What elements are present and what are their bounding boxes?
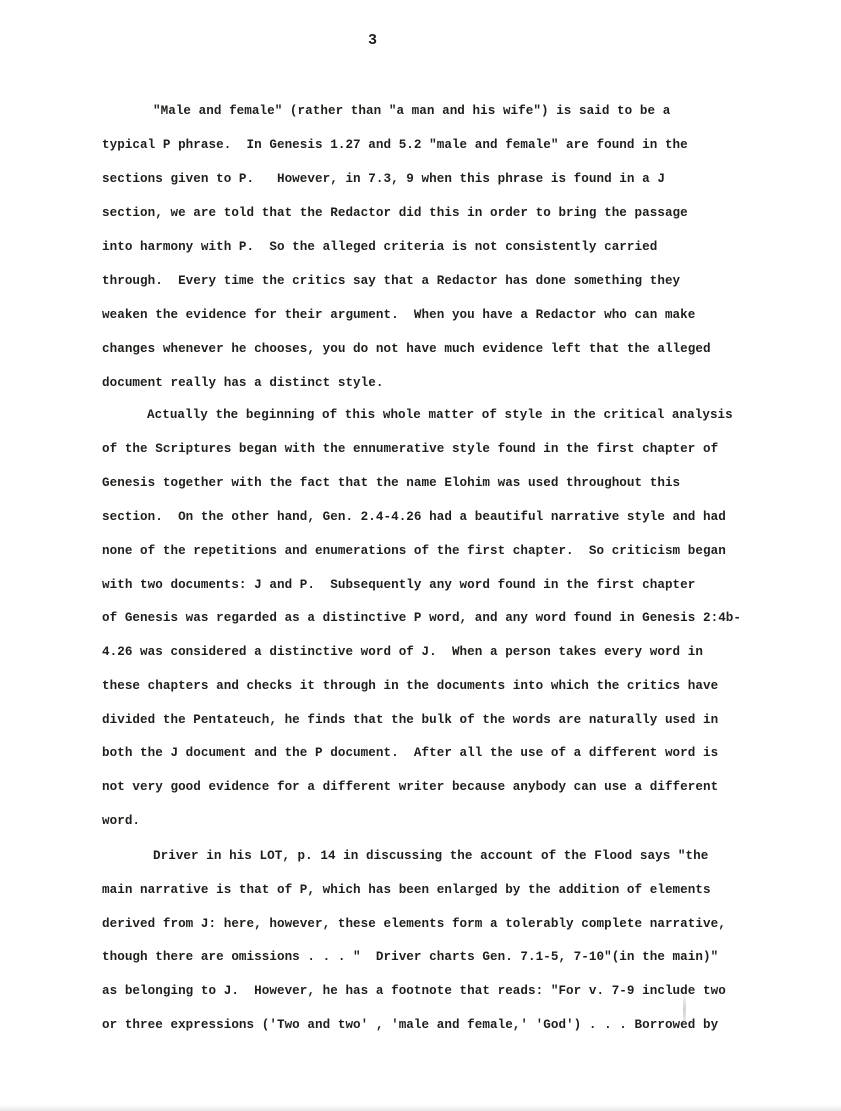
text-line: divided the Pentateuch, he finds that th… bbox=[102, 712, 718, 728]
text-line: of Genesis was regarded as a distinctive… bbox=[102, 610, 741, 626]
text-line: section. On the other hand, Gen. 2.4-4.2… bbox=[102, 509, 726, 525]
text-line: 4.26 was considered a distinctive word o… bbox=[102, 644, 703, 660]
text-line: not very good evidence for a different w… bbox=[102, 779, 718, 795]
scan-edge bbox=[0, 1105, 841, 1111]
typewritten-page: 3 "Male and female" (rather than "a man … bbox=[0, 0, 841, 1111]
text-line: derived from J: here, however, these ele… bbox=[102, 916, 726, 932]
text-line: into harmony with P. So the alleged crit… bbox=[102, 239, 657, 255]
text-line: "Male and female" (rather than "a man an… bbox=[153, 103, 670, 119]
text-line: none of the repetitions and enumerations… bbox=[102, 543, 726, 559]
text-line: or three expressions ('Two and two' , 'm… bbox=[102, 1017, 718, 1033]
text-line: through. Every time the critics say that… bbox=[102, 273, 680, 289]
page-number: 3 bbox=[368, 32, 377, 49]
text-line: Driver in his LOT, p. 14 in discussing t… bbox=[153, 848, 708, 864]
text-line: section, we are told that the Redactor d… bbox=[102, 205, 688, 221]
scan-smudge bbox=[683, 990, 686, 1030]
text-line: of the Scriptures began with the ennumer… bbox=[102, 441, 718, 457]
text-line: Actually the beginning of this whole mat… bbox=[147, 407, 733, 423]
text-line: main narrative is that of P, which has b… bbox=[102, 882, 711, 898]
text-line: sections given to P. However, in 7.3, 9 … bbox=[102, 171, 665, 187]
text-line: changes whenever he chooses, you do not … bbox=[102, 341, 711, 357]
text-line: both the J document and the P document. … bbox=[102, 745, 718, 761]
text-line: word. bbox=[102, 813, 140, 829]
text-line: weaken the evidence for their argument. … bbox=[102, 307, 695, 323]
text-line: though there are omissions . . . " Drive… bbox=[102, 949, 718, 965]
text-line: as belonging to J. However, he has a foo… bbox=[102, 983, 726, 999]
text-line: typical P phrase. In Genesis 1.27 and 5.… bbox=[102, 137, 688, 153]
text-line: document really has a distinct style. bbox=[102, 375, 383, 391]
text-line: these chapters and checks it through in … bbox=[102, 678, 718, 694]
text-line: Genesis together with the fact that the … bbox=[102, 475, 680, 491]
text-line: with two documents: J and P. Subsequentl… bbox=[102, 577, 695, 593]
